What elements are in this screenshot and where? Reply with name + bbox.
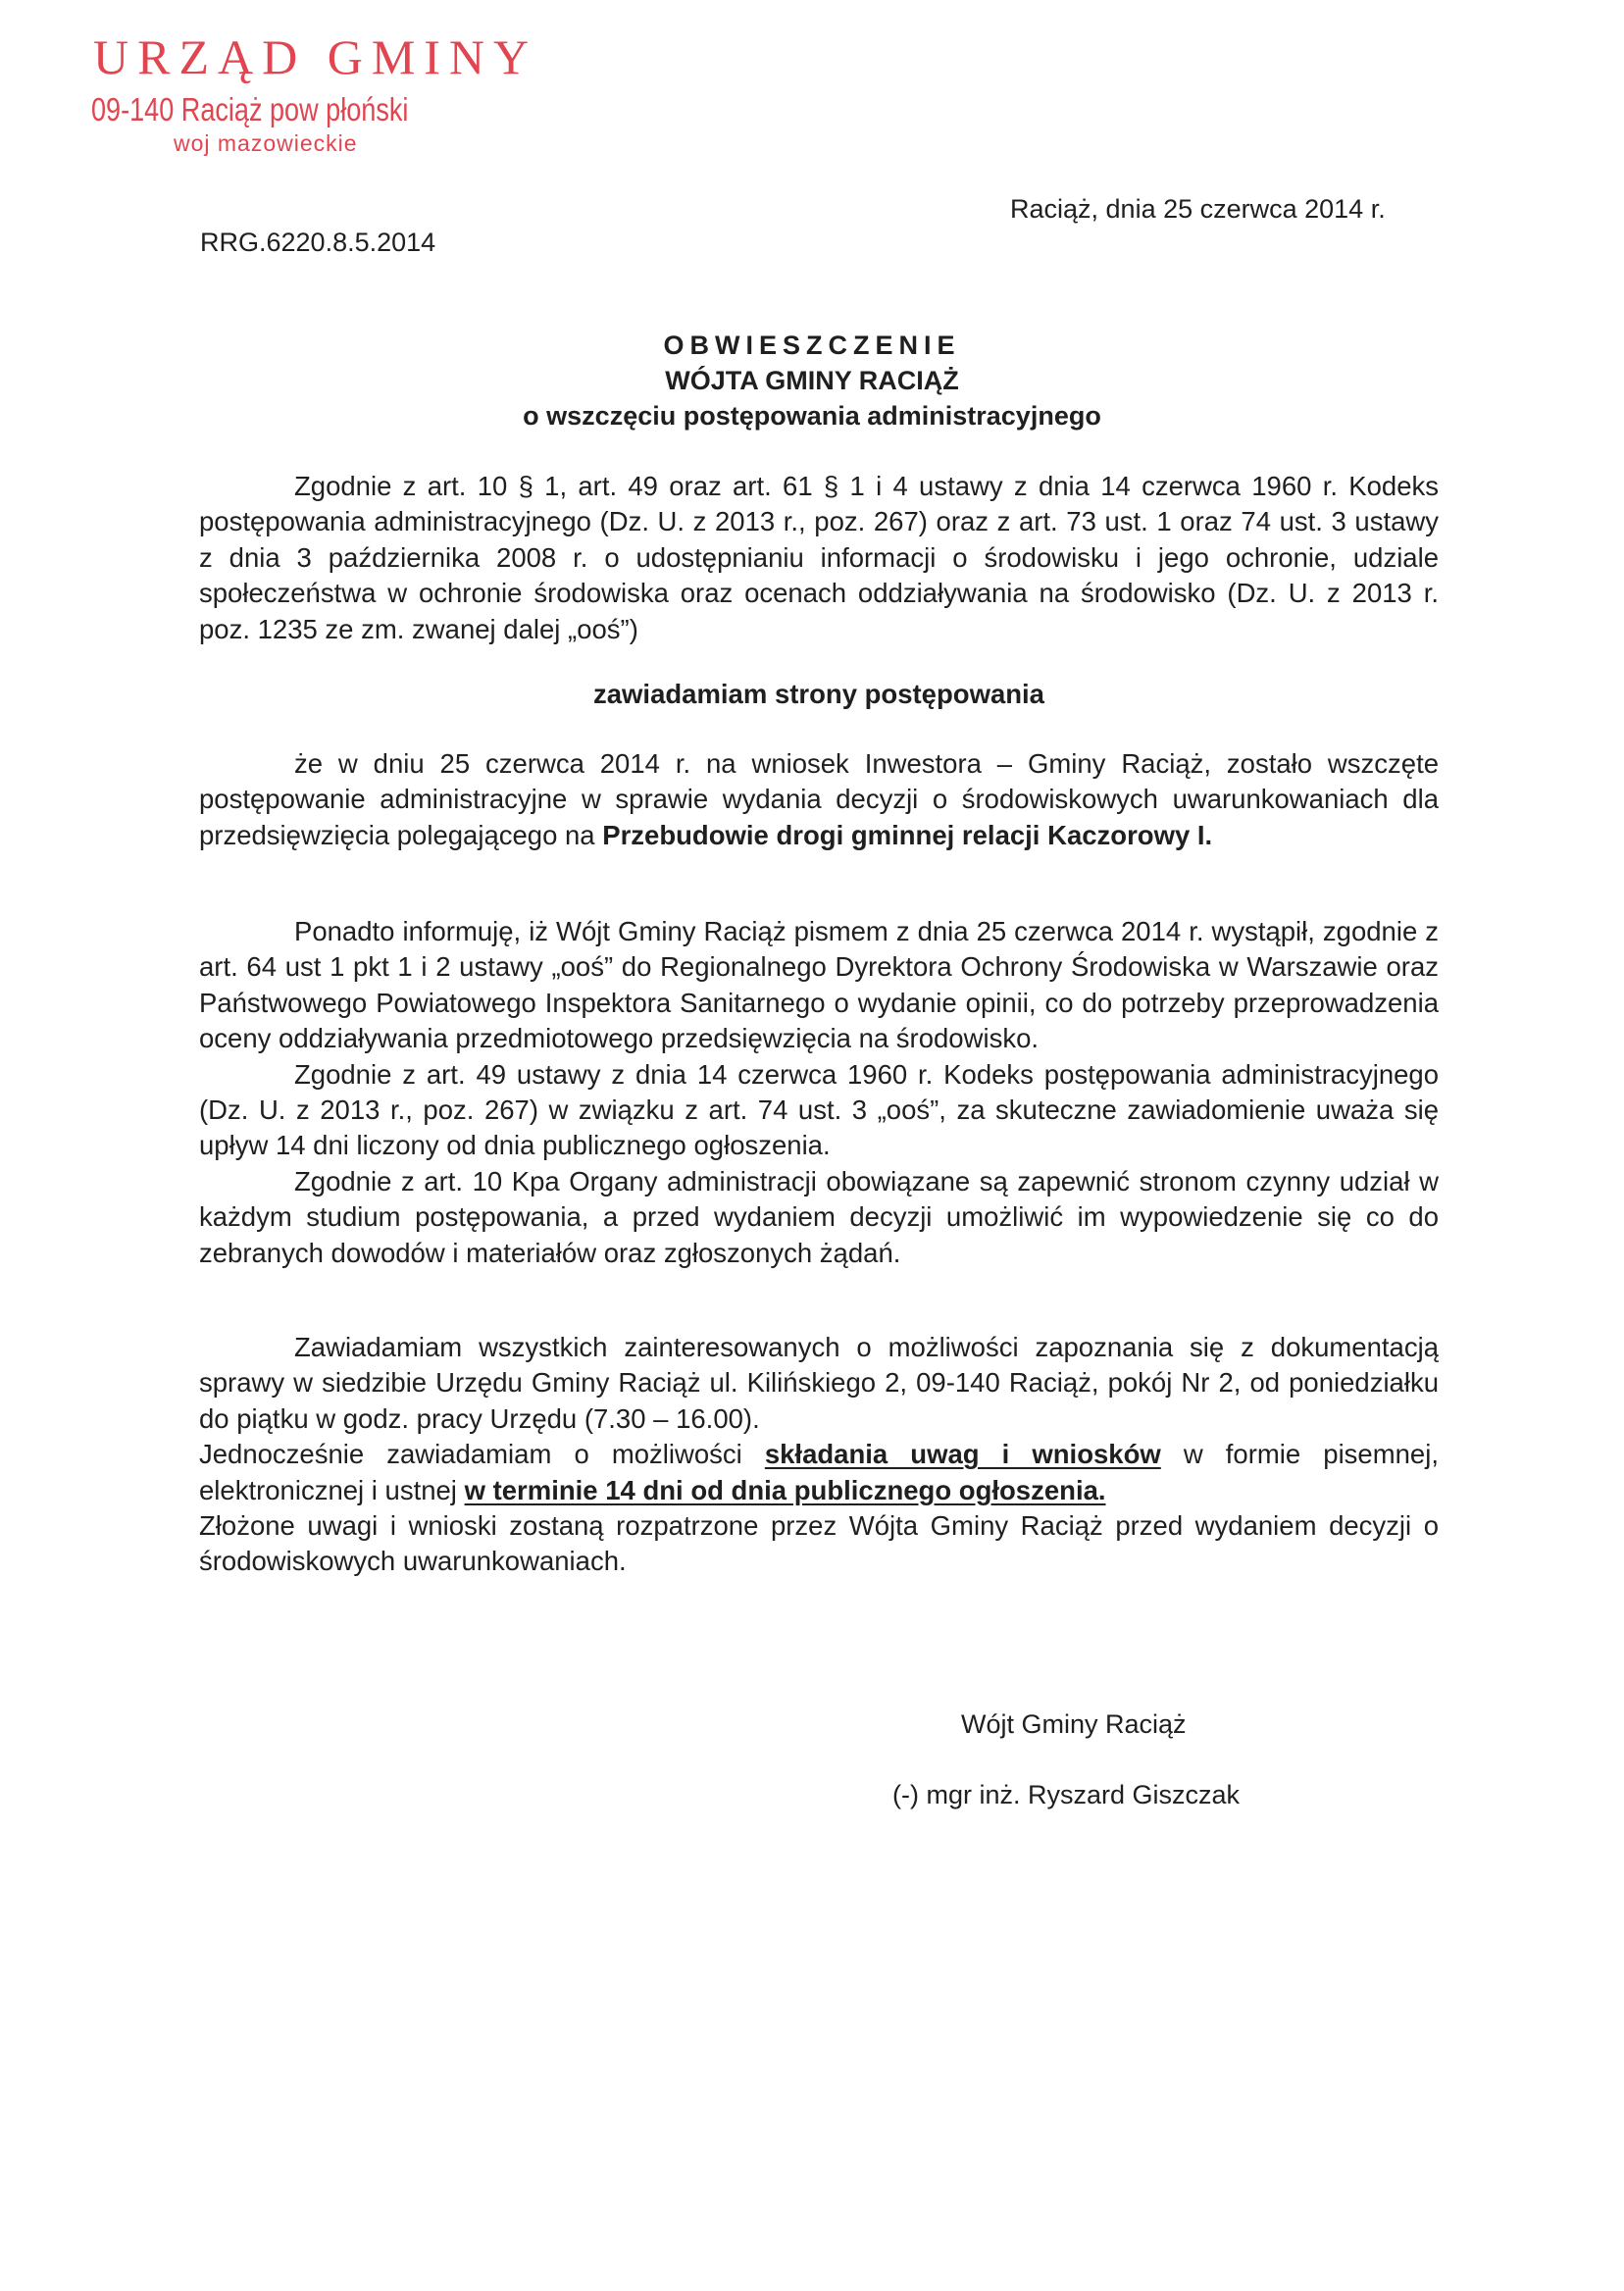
paragraph-comments: Jednocześnie zawiadamiam o możliwości sk… [199,1437,1439,1508]
comments-text-1: Jednocześnie zawiadamiam o możliwości [199,1439,765,1469]
stamp-voivodeship: woj mazowieckie [174,129,537,157]
notify-heading-block: zawiadamiam strony postępowania [199,677,1439,712]
paragraph-notification-rule: Zgodnie z art. 49 ustawy z dnia 14 czerw… [199,1057,1439,1164]
paragraph-opinion-request: Ponadto informuję, iż Wójt Gminy Raciąż … [199,914,1439,1057]
document-issuer: WÓJTA GMINY RACIĄŻ [0,363,1624,398]
paragraph-legal-basis: Zgodnie z art. 10 § 1, art. 49 oraz art.… [199,469,1439,647]
reference-number: RRG.6220.8.5.2014 [200,228,435,258]
place-and-date: Raciąż, dnia 25 czerwca 2014 r. [1010,194,1386,225]
deadline-emphasis: w terminie 14 dni od dnia publicznego og… [465,1475,1106,1505]
comments-emphasis: składania uwag i wniosków [765,1439,1161,1469]
notify-heading: zawiadamiam strony postępowania [199,677,1439,712]
signature-name: (-) mgr inż. Ryszard Giszczak [892,1780,1240,1810]
paragraph-documentation-access: Zawiadamiam wszystkich zainteresowanych … [199,1330,1439,1437]
legal-basis-paragraph: Zgodnie z art. 10 § 1, art. 49 oraz art.… [199,469,1439,647]
document-heading: OBWIESZCZENIE WÓJTA GMINY RACIĄŻ o wszcz… [0,328,1624,433]
stamp-address: 09-140 Raciąż pow płoński [91,90,457,129]
office-stamp: URZĄD GMINY 09-140 Raciąż pow płoński wo… [93,29,537,157]
documentation-paragraphs: Zawiadamiam wszystkich zainteresowanych … [199,1330,1439,1580]
paragraph-initiation: że w dniu 25 czerwca 2014 r. na wniosek … [199,746,1439,853]
signature-title: Wójt Gminy Raciąż [961,1709,1187,1740]
project-name: Przebudowie drogi gminnej relacji Kaczor… [602,820,1212,850]
paragraph-review: Złożone uwagi i wnioski zostaną rozpatrz… [199,1508,1439,1580]
document-title: OBWIESZCZENIE [0,328,1624,363]
stamp-office-name: URZĄD GMINY [93,29,537,84]
paragraph-participation-right: Zgodnie z art. 10 Kpa Organy administrac… [199,1164,1439,1271]
information-paragraphs: Ponadto informuję, iż Wójt Gminy Raciąż … [199,914,1439,1271]
initiation-paragraph: że w dniu 25 czerwca 2014 r. na wniosek … [199,746,1439,853]
document-subject: o wszczęciu postępowania administracyjne… [0,398,1624,433]
